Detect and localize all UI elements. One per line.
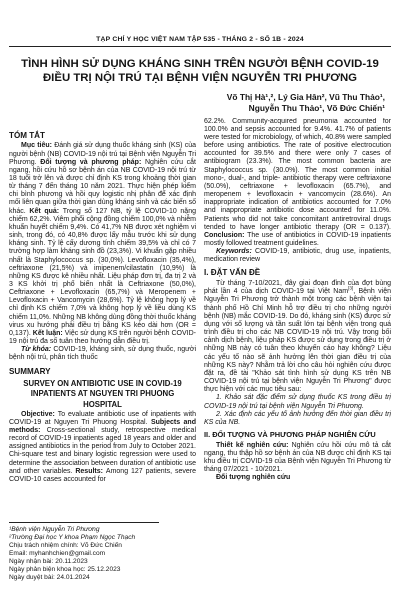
footnote-email: Email: myhanhchien@gmail.com — [9, 550, 196, 558]
section1-heading: I. ĐẶT VẤN ĐỀ — [204, 268, 391, 278]
footnote-corresponding: Chịu trách nhiệm chính: Võ Đức Chiến — [9, 542, 196, 550]
footnote-separator — [9, 522, 159, 523]
article-title: TÌNH HÌNH SỬ DỤNG KHÁNG SINH TRÊN NGƯỜI … — [9, 58, 391, 86]
footnote-received-date: Ngày nhận bài: 20.11.2023 — [9, 558, 196, 566]
section2-subheading: Đối tượng nghiên cứu — [204, 474, 391, 482]
footnote-review-date: Ngày phản biện khoa học: 25.12.2023 — [9, 566, 196, 574]
summary-subtitle: SURVEY ON ANTIBIOTIC USE IN COVID-19 INP… — [11, 379, 194, 409]
summary-paragraph: Objective: To evaluate antibiotic use of… — [9, 411, 196, 484]
column-left: TÓM TẮT Mục tiêu: Đánh giá sử dụng thuốc… — [9, 118, 196, 582]
section1-objective-2: 2. Xác định các yếu tố ảnh hưởng đến thờ… — [204, 411, 391, 427]
journal-page: TẠP CHÍ Y HỌC VIỆT NAM TẬP 535 - THÁNG 2… — [0, 0, 400, 600]
footnote-accepted-date: Ngày duyệt bài: 24.01.2024 — [9, 574, 196, 582]
abstract-vi-heading: TÓM TẮT — [9, 131, 196, 141]
summary-heading: SUMMARY — [9, 367, 196, 377]
footnote-affiliation-1: ¹Bệnh viện Nguyễn Tri Phương — [9, 526, 196, 534]
footnote-block: ¹Bệnh viện Nguyễn Tri Phương ²Trường Đại… — [9, 522, 196, 581]
section1-intro: Từ tháng 7-10/2021, đây giai đoạn đỉnh c… — [204, 280, 391, 394]
article-title-line2: ĐIỀU TRỊ NỘI TRÚ TẠI BỆNH VIỆN NGUYỄN TR… — [9, 72, 391, 86]
authors-block: Võ Thị Hà¹,², Lý Gia Hân², Vũ Thu Thảo¹,… — [9, 92, 391, 114]
summary-continuation: 62.2%. Community-acquired pneumonia acco… — [204, 118, 391, 249]
footnote-affiliation-2: ²Trường Đại học Y khoa Phạm Ngọc Thạch — [9, 534, 196, 542]
section1-objective-1: 1. Khảo sát đặc điểm sử dụng thuốc KS tr… — [204, 394, 391, 410]
section2-heading: II. ĐỐI TƯỢNG VÀ PHƯƠNG PHÁP NGHIÊN CỨU — [204, 431, 391, 440]
section2-design: Thiết kế nghiên cứu: Nghiên cứu hồi cứu … — [204, 442, 391, 475]
article-title-line1: TÌNH HÌNH SỬ DỤNG KHÁNG SINH TRÊN NGƯỜI … — [9, 58, 391, 72]
keywords-en: Keywords: COVID-19, antibiotic, drug use… — [204, 248, 391, 264]
authors-line2: Nguyễn Thu Thảo¹, Võ Đức Chiến¹ — [9, 103, 385, 114]
keywords-vi: Từ khóa: COVID-19, kháng sinh, sử dụng t… — [9, 346, 196, 362]
column-right: 62.2%. Community-acquired pneumonia acco… — [204, 118, 391, 582]
journal-header: TẠP CHÍ Y HỌC VIỆT NAM TẬP 535 - THÁNG 2… — [9, 36, 391, 47]
two-column-body: TÓM TẮT Mục tiêu: Đánh giá sử dụng thuốc… — [9, 118, 391, 582]
abstract-vi-paragraph: Mục tiêu: Đánh giá sử dụng thuốc kháng s… — [9, 142, 196, 346]
authors-line1: Võ Thị Hà¹,², Lý Gia Hân², Vũ Thu Thảo¹, — [9, 92, 385, 103]
